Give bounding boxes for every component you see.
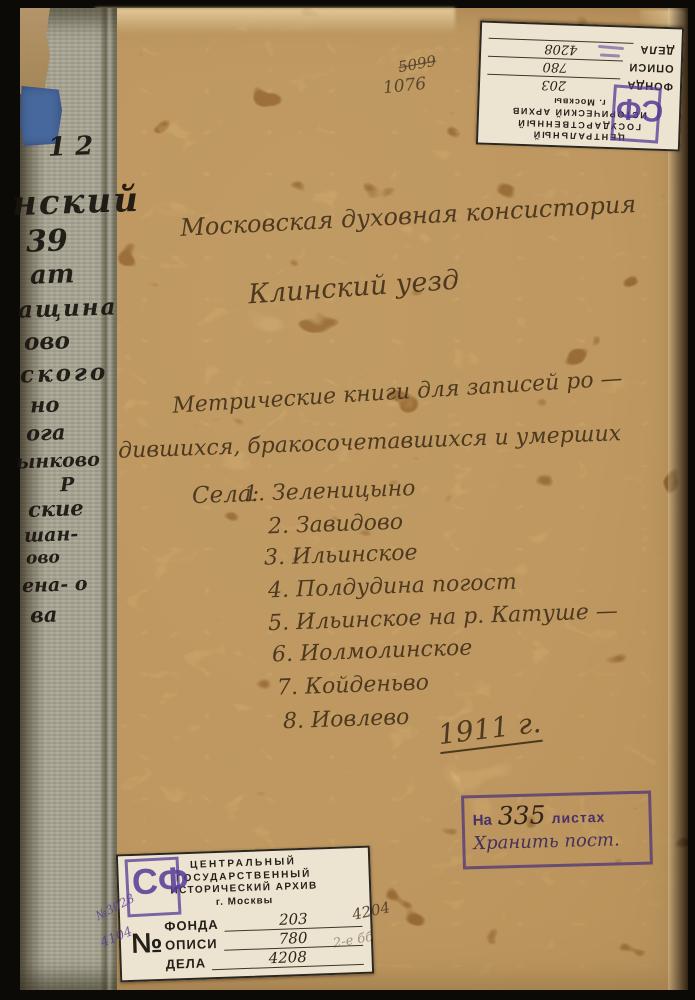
sheets-stamp: На 335 листах Хранить пост. <box>461 791 653 870</box>
spine-text-fragment: ат <box>29 259 74 291</box>
spine-text-fragment: ога <box>26 419 66 445</box>
delo-label: ДЕЛА <box>639 43 674 56</box>
delo-label: ДЕЛА <box>165 955 206 971</box>
spine-text-fragment: шан- <box>24 523 79 547</box>
sheets-suffix: листах <box>551 809 605 826</box>
spine-text-fragment: но <box>30 391 60 417</box>
opis-value: 780 <box>487 56 622 77</box>
village-list-item: 8. Иовлево <box>283 705 410 734</box>
sf-stamp-top: СФ <box>615 90 665 127</box>
cover-right-edge-shadow <box>668 8 688 990</box>
sheets-count: 335 <box>497 800 545 830</box>
sheets-prefix: На <box>473 812 493 829</box>
village-list-item: 7. Койденьво <box>277 670 430 700</box>
spine-text-fragment: ва <box>30 602 58 628</box>
spine-text-fragment: ского <box>20 358 109 388</box>
opis-label: ОПИСИ <box>628 61 674 75</box>
keep-note: Хранить пост. <box>473 829 641 854</box>
spine-number: 1 2 <box>47 131 93 163</box>
fond-value: 203 <box>487 74 621 95</box>
number-sign: № <box>128 915 166 972</box>
spine-text-fragment: ена- о <box>22 573 88 597</box>
spine-text-fragment: ащина <box>18 293 118 323</box>
spine-text-fragment: ово <box>26 547 61 568</box>
village-list-item: 3. Ильинское <box>264 540 418 570</box>
spine-text-fragment: Р <box>60 474 75 496</box>
spine-text-fragment: ово <box>24 327 71 356</box>
spine-torn-top <box>20 8 50 94</box>
spine-text-fragment: ские <box>28 495 84 522</box>
spine-text-fragment: 39 <box>25 223 68 259</box>
sf-stamp-bottom: СФ <box>131 859 190 904</box>
worn-top-edge <box>95 8 455 34</box>
spine-text-fragment: ынково <box>16 449 101 474</box>
spine-fold-ridge <box>100 8 113 990</box>
village-list-item: 2. Завидово <box>268 510 404 540</box>
spine-text-fragment: нский <box>11 180 140 224</box>
photo-of-archive-book-cover: 1 2 нский 39 ат ащина ово ского но ога ы… <box>0 0 695 1000</box>
